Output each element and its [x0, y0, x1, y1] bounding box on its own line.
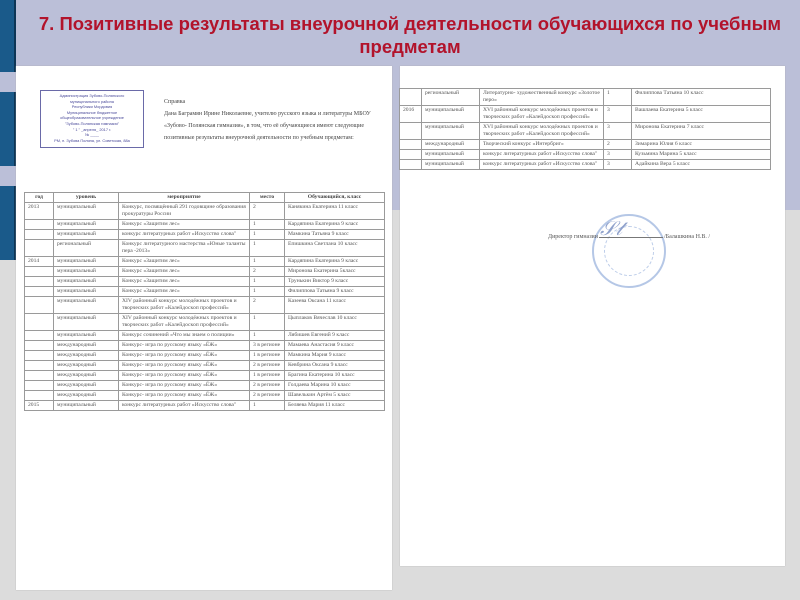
- cell-year: 2016: [400, 106, 422, 123]
- cell-year: [25, 341, 54, 351]
- cell-event: Конкурс- игра по русскому языку «ЁЖ»: [119, 371, 250, 381]
- cell-level: международный: [422, 140, 480, 150]
- cell-event: конкурс литературных работ «Искусство сл…: [480, 150, 604, 160]
- institution-stamp: Администрация Зубово-Полянскогомуниципал…: [40, 90, 144, 148]
- cell-level: муниципальный: [422, 150, 480, 160]
- cell-level: муниципальный: [54, 203, 119, 220]
- cell-event: Конкурс «Защитим лес»: [119, 277, 250, 287]
- cell-student: Кардяпина Екатерина 9 класс: [285, 257, 385, 267]
- cell-year: [25, 381, 54, 391]
- table-row: региональныйЛитературно- художественный …: [400, 89, 771, 106]
- cell-year: 2014: [25, 257, 54, 267]
- cell-student: Адайкина Вера 5 класс: [632, 160, 771, 170]
- certificate-letter: Справка Дана Баграмян Ирине Николаевне, …: [164, 96, 389, 144]
- cell-year: [25, 314, 54, 331]
- cell-level: международный: [54, 381, 119, 391]
- table-row: муниципальныйXIV районный конкурс молодё…: [25, 314, 385, 331]
- cell-year: [25, 287, 54, 297]
- cell-level: международный: [54, 341, 119, 351]
- cell-student: Мамкина Мария 9 класс: [285, 351, 385, 361]
- cell-event: Конкурс «Защитим лес»: [119, 287, 250, 297]
- cell-event: Литературно- художественный конкурс «Зол…: [480, 89, 604, 106]
- cell-event: XIV районный конкурс молодёжных проектов…: [119, 297, 250, 314]
- table-row: муниципальныйконкурс литературных работ …: [25, 230, 385, 240]
- director-label: Директор гимназии: [548, 234, 598, 240]
- cell-year: [25, 371, 54, 381]
- table-row: международныйКонкурс- игра по русскому я…: [25, 371, 385, 381]
- cell-student: Шавелькин Артём 5 класс: [285, 391, 385, 401]
- signature-underline: [599, 237, 663, 238]
- table-row: региональныйКонкурс литературного мастер…: [25, 240, 385, 257]
- cell-level: муниципальный: [54, 401, 119, 411]
- certificate-page-left: Администрация Зубово-Полянскогомуниципал…: [16, 66, 392, 590]
- certificate-page-right: региональныйЛитературно- художественный …: [400, 66, 785, 566]
- cell-event: Конкурс «Защитим лес»: [119, 220, 250, 230]
- cell-student: Миронова Екатерина 7 класс: [632, 123, 771, 140]
- header-place: место: [250, 193, 285, 203]
- cell-student: Филиппова Татьяна 9 класс: [285, 287, 385, 297]
- cell-student: Вашлаева Екатерина 5 класс: [632, 106, 771, 123]
- cell-place: 1: [250, 277, 285, 287]
- cell-place: 2 в регионе: [250, 391, 285, 401]
- results-table-right: региональныйЛитературно- художественный …: [399, 88, 771, 170]
- cell-place: 1: [250, 401, 285, 411]
- decorative-side-bar: [0, 0, 16, 72]
- table-row: 2014муниципальныйКонкурс «Защитим лес»1К…: [25, 257, 385, 267]
- cell-event: Конкурс- игра по русскому языку «ЁЖ»: [119, 341, 250, 351]
- cell-year: [400, 123, 422, 140]
- cell-event: Конкурс литературного мастерства «Юные т…: [119, 240, 250, 257]
- table-row: международныйКонкурс- игра по русскому я…: [25, 341, 385, 351]
- table-row: муниципальныйКонкурс сочинений «Что мы з…: [25, 331, 385, 341]
- cell-place: 1: [250, 230, 285, 240]
- cell-place: 1: [250, 240, 285, 257]
- table-row: муниципальныйXIV районный конкурс молодё…: [25, 297, 385, 314]
- cell-event: XVI районный конкурс молодёжных проектов…: [480, 123, 604, 140]
- table-row: муниципальныйКонкурс «Защитим лес»1Филип…: [25, 287, 385, 297]
- cell-level: муниципальный: [54, 267, 119, 277]
- director-name: /Балашкина Н.В. /: [664, 234, 710, 240]
- cell-level: международный: [54, 391, 119, 401]
- cell-level: муниципальный: [54, 230, 119, 240]
- decorative-side-bar: [0, 186, 16, 260]
- table-row: международныйКонкурс- игра по русскому я…: [25, 361, 385, 371]
- cell-level: региональный: [422, 89, 480, 106]
- cell-student: Мамаева Анастасия 9 класс: [285, 341, 385, 351]
- cell-student: Трунькин Виктор 9 класс: [285, 277, 385, 287]
- cell-event: конкурс литературных работ «Искусство сл…: [119, 230, 250, 240]
- cell-level: муниципальный: [54, 257, 119, 267]
- cell-place: 1: [250, 257, 285, 267]
- cell-place: 1: [604, 89, 632, 106]
- cell-year: [400, 89, 422, 106]
- cell-level: региональный: [54, 240, 119, 257]
- cell-student: Епишкина Светлана 10 класс: [285, 240, 385, 257]
- cell-event: Конкурс «Защитим лес»: [119, 267, 250, 277]
- cell-year: [25, 331, 54, 341]
- cell-year: [25, 240, 54, 257]
- cell-student: Зимарина Юлия 6 класс: [632, 140, 771, 150]
- cell-event: XIV районный конкурс молодёжных проектов…: [119, 314, 250, 331]
- table-row: международныйКонкурс- игра по русскому я…: [25, 351, 385, 361]
- cell-event: Конкурс- игра по русскому языку «ЁЖ»: [119, 381, 250, 391]
- header-year: год: [25, 193, 54, 203]
- cell-student: Кардяпина Екатерина 9 класс: [285, 220, 385, 230]
- cell-event: Конкурс- игра по русскому языку «ЁЖ»: [119, 391, 250, 401]
- cell-place: 3: [604, 123, 632, 140]
- cell-year: [25, 220, 54, 230]
- cell-place: 2: [250, 203, 285, 220]
- cell-student: Филиппова Татьяна 10 класс: [632, 89, 771, 106]
- cell-student: Казеева Оксана 11 класс: [285, 297, 385, 314]
- cell-year: [25, 267, 54, 277]
- cell-student: Мамкина Татьяна 9 класс: [285, 230, 385, 240]
- cell-level: муниципальный: [422, 123, 480, 140]
- cell-place: 3: [604, 150, 632, 160]
- cell-place: 3: [604, 160, 632, 170]
- table-header-row: год уровень мероприятие место Обучающийс…: [25, 193, 385, 203]
- results-table-left: год уровень мероприятие место Обучающийс…: [24, 192, 385, 411]
- cell-event: Творческий конкурс «Интербриг»: [480, 140, 604, 150]
- table-row: международныйКонкурс- игра по русскому я…: [25, 391, 385, 401]
- cell-level: муниципальный: [54, 287, 119, 297]
- table-row: 2013муниципальныйКонкурс, посвящённый 29…: [25, 203, 385, 220]
- cell-student: Лябишев Евгений 9 класс: [285, 331, 385, 341]
- cell-year: [400, 140, 422, 150]
- cell-event: Конкурс- игра по русскому языку «ЁЖ»: [119, 351, 250, 361]
- cell-event: Конкурс, посвящённый 291 годовщине образ…: [119, 203, 250, 220]
- cell-student: Кевбрина Оксана 9 класс: [285, 361, 385, 371]
- cell-level: муниципальный: [422, 106, 480, 123]
- cell-level: муниципальный: [54, 314, 119, 331]
- cell-event: конкурс литературных работ «Искусство сл…: [480, 160, 604, 170]
- cell-place: 1: [250, 331, 285, 341]
- cell-year: [400, 160, 422, 170]
- table-row: муниципальныйКонкурс «Защитим лес»2Мирон…: [25, 267, 385, 277]
- cell-year: [25, 391, 54, 401]
- cell-event: XVI районный конкурс молодёжных проектов…: [480, 106, 604, 123]
- cell-student: Кузьмина Марина 5 класс: [632, 150, 771, 160]
- cell-place: 2 в регионе: [250, 381, 285, 391]
- cell-place: 1: [250, 220, 285, 230]
- cell-level: международный: [54, 361, 119, 371]
- cell-year: 2015: [25, 401, 54, 411]
- cell-level: муниципальный: [54, 297, 119, 314]
- cell-place: 2: [250, 267, 285, 277]
- cell-student: Цыплаков Вячеслав 10 класс: [285, 314, 385, 331]
- table-row: 2015муниципальныйконкурс литературных ра…: [25, 401, 385, 411]
- table-row: международныйКонкурс- игра по русскому я…: [25, 381, 385, 391]
- cell-year: [25, 230, 54, 240]
- cell-year: [25, 297, 54, 314]
- cell-student: Беляева Мария 11 класс: [285, 401, 385, 411]
- table-row: муниципальныйКонкурс «Защитим лес»1Кардя…: [25, 220, 385, 230]
- cell-student: Голдаева Марина 10 класс: [285, 381, 385, 391]
- cell-place: 1: [250, 287, 285, 297]
- cell-year: 2013: [25, 203, 54, 220]
- cell-year: [25, 361, 54, 371]
- table-row: муниципальныйконкурс литературных работ …: [400, 160, 771, 170]
- table-row: муниципальныйКонкурс «Защитим лес»1Трунь…: [25, 277, 385, 287]
- table-row: муниципальныйXVI районный конкурс молодё…: [400, 123, 771, 140]
- cell-place: 1: [250, 314, 285, 331]
- letter-body: Дана Баграмян Ирине Николаевне, учителю …: [164, 108, 389, 144]
- cell-level: муниципальный: [422, 160, 480, 170]
- cell-place: 3 в регионе: [250, 341, 285, 351]
- cell-year: [400, 150, 422, 160]
- director-signature-line: Директор гимназии/Балашкина Н.В. /: [548, 234, 710, 240]
- cell-event: Конкурс- игра по русскому языку «ЁЖ»: [119, 361, 250, 371]
- decorative-side-bar: [0, 92, 16, 166]
- cell-level: муниципальный: [54, 331, 119, 341]
- cell-place: 2: [250, 297, 285, 314]
- cell-place: 1 в регионе: [250, 351, 285, 361]
- letter-heading: Справка: [164, 96, 389, 108]
- cell-level: международный: [54, 371, 119, 381]
- cell-event: Конкурс сочинений «Что мы знаем о полици…: [119, 331, 250, 341]
- cell-event: Конкурс «Защитим лес»: [119, 257, 250, 267]
- stamp-line: РМ, п. Зубова Поляна, ул. Советская, 88а: [42, 138, 142, 144]
- cell-year: [25, 351, 54, 361]
- slide-title: 7. Позитивные результаты внеурочной деят…: [20, 12, 800, 58]
- header-event: мероприятие: [119, 193, 250, 203]
- table-row: международныйТворческий конкурс «Интербр…: [400, 140, 771, 150]
- cell-place: 3: [604, 106, 632, 123]
- cell-student: Брагина Екатерина 10 класс: [285, 371, 385, 381]
- cell-student: Канякина Екатерина 11 класс: [285, 203, 385, 220]
- cell-level: муниципальный: [54, 277, 119, 287]
- cell-place: 2: [604, 140, 632, 150]
- cell-level: международный: [54, 351, 119, 361]
- cell-student: Миронова Екатерина 5класс: [285, 267, 385, 277]
- table-row: 2016муниципальныйXVI районный конкурс мо…: [400, 106, 771, 123]
- header-student: Обучающийся, класс: [285, 193, 385, 203]
- cell-event: конкурс литературных работ «Искусство сл…: [119, 401, 250, 411]
- header-level: уровень: [54, 193, 119, 203]
- table-row: муниципальныйконкурс литературных работ …: [400, 150, 771, 160]
- cell-level: муниципальный: [54, 220, 119, 230]
- cell-place: 2 в регионе: [250, 361, 285, 371]
- cell-year: [25, 277, 54, 287]
- cell-place: 1 в регионе: [250, 371, 285, 381]
